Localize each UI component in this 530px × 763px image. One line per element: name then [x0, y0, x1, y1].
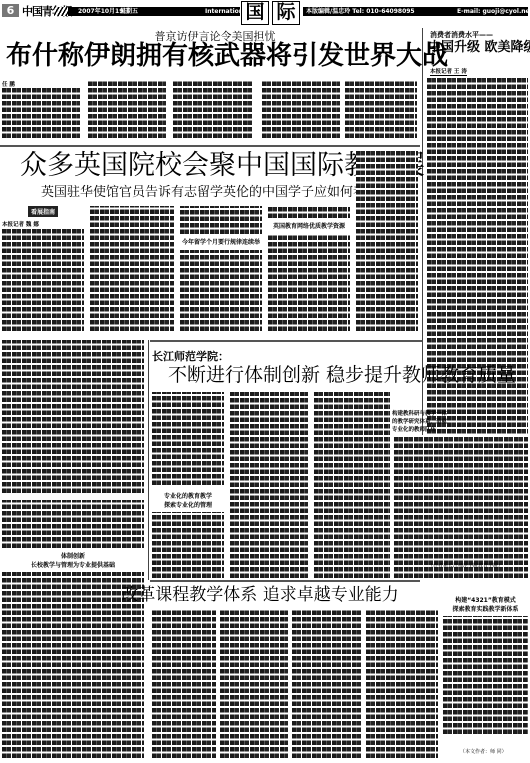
article-subhead: 今年留学个月要行规律连续举	[180, 238, 262, 247]
article-headline: 改革课程教学体系 追求卓越专业能力	[110, 585, 410, 605]
article-body-col	[268, 206, 350, 220]
article-subhead: 构建“4321”教育模式	[443, 596, 528, 605]
hatch-decoration	[54, 7, 68, 16]
article-headline: 众多英国院校会聚中国国际教育展	[20, 150, 400, 182]
article-subhead: 构建教科研与教学一体的教学研究体系，造就专业化的教师队伍	[392, 410, 452, 434]
section-divider	[150, 580, 420, 582]
article-body-col	[268, 234, 350, 333]
page-number: 6	[2, 4, 19, 17]
article-body-col	[314, 392, 390, 580]
email-line: E-mail: guoji@cyol.net.cn	[457, 7, 530, 16]
article-kicker: 长江师范学院：	[152, 348, 229, 364]
article-body-col	[2, 500, 144, 550]
section-title-char-1: 国	[241, 1, 269, 25]
article-credit: （本文作者：师 同）	[460, 748, 507, 755]
article-byline: 本报记者 王 涛	[430, 67, 467, 76]
section-title-char-2: 际	[272, 1, 300, 25]
article-body-col	[427, 77, 528, 442]
article-headline: 中国升级 欧美降级	[428, 40, 528, 56]
article-body-col	[88, 80, 166, 140]
article-credit: （作者系长江师范学院教育学院）	[428, 562, 503, 569]
article-body-col	[173, 80, 253, 140]
article-body-col	[180, 206, 262, 236]
editor-line: 本版编辑/温忠玲 Tel: 010-64098095	[306, 7, 415, 16]
article-subhead: 长校教学与管理为专业提供基础	[2, 561, 144, 570]
article-body-col	[230, 392, 308, 580]
article-body-col	[152, 392, 224, 487]
article-body-col	[366, 610, 438, 760]
article-body-col	[262, 80, 340, 140]
article-body-col	[2, 228, 84, 333]
article-body-col	[356, 150, 418, 333]
article-body-col	[394, 435, 528, 580]
article-body-col	[220, 610, 288, 760]
article-body-col	[152, 610, 216, 760]
article-body-col	[292, 610, 362, 760]
section-divider	[0, 145, 420, 147]
article-body-col	[2, 88, 80, 140]
article-body-col	[345, 80, 417, 140]
article-kicker: 消费者消费水平——	[430, 30, 493, 40]
article-body-col	[90, 206, 174, 333]
article-headline: 不断进行体制创新 稳步提升教师教育质量	[168, 364, 428, 386]
article-headline: 布什称伊朗拥有核武器将引发世界大战	[6, 41, 426, 71]
article-body-col	[443, 616, 528, 736]
article-subhead: 英国教育网络优质教学资源	[268, 222, 350, 231]
article-body-col	[180, 250, 262, 333]
article-subhead: 专业化的教育教学	[152, 492, 224, 501]
article-subheadline: 英国驻华使馆官员告诉有志留学英伦的中国学子应如何看展	[30, 185, 390, 201]
article-tag: 看展指南	[28, 206, 58, 217]
article-subhead: 体制创新	[2, 552, 144, 561]
column-divider	[148, 340, 149, 580]
issue-weekday: 星期五	[120, 7, 138, 16]
article-subhead: 探索专业化的管理	[152, 501, 224, 510]
article-body-col	[152, 512, 224, 580]
section-divider	[150, 340, 422, 342]
article-body-col	[2, 340, 144, 495]
article-subhead: 探索教育实践教学新体系	[443, 605, 528, 614]
